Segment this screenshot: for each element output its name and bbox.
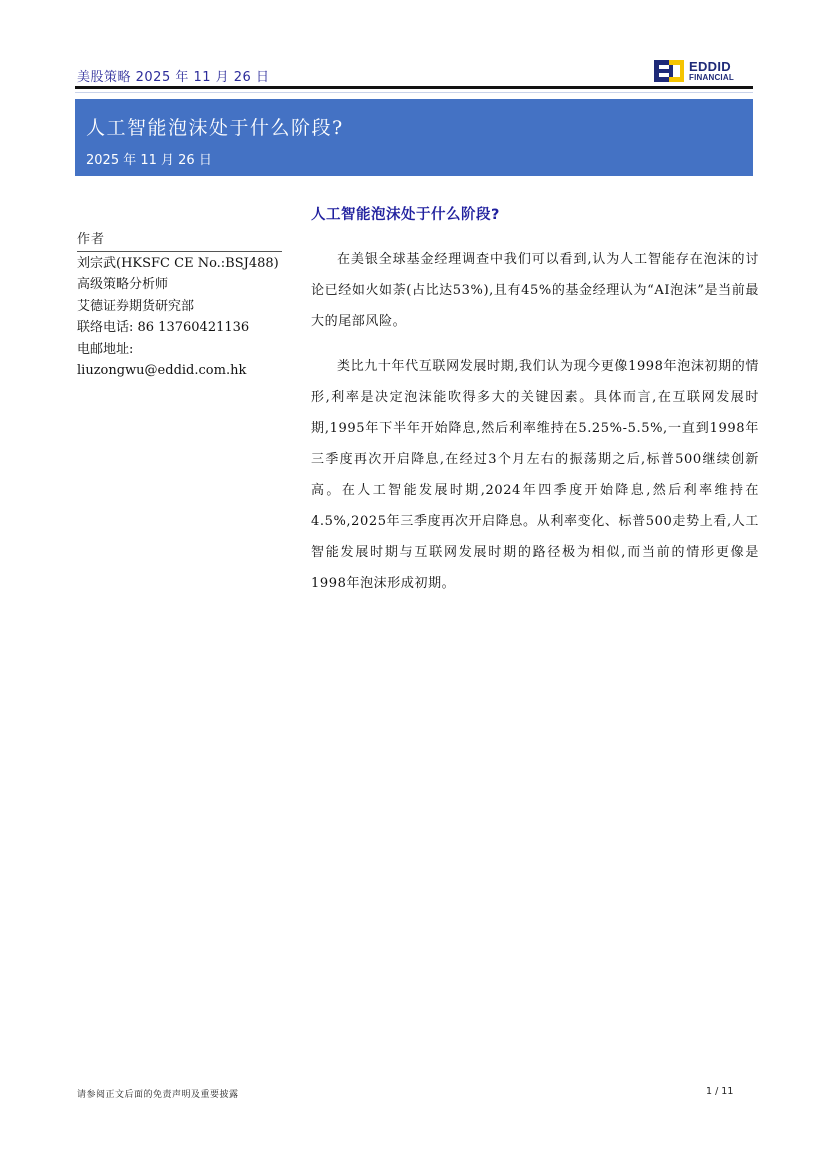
author-panel: 作者 刘宗武(HKSFC CE No.:BSJ488) 高级策略分析师 艾德证券… (77, 229, 282, 382)
title-banner: 人工智能泡沫处于什么阶段? 2025 年 11 月 26 日 (75, 99, 753, 176)
paragraph-2: 类比九十年代互联网发展时期,我们认为现今更像1998年泡沫初期的情形,利率是决定… (311, 351, 759, 599)
author-phone: 联络电话: 86 13760421136 (77, 317, 282, 339)
author-email[interactable]: liuzongwu@eddid.com.hk (77, 360, 282, 382)
running-header-title: 美股策略 2025 年 11 月 26 日 (77, 66, 269, 85)
report-title: 人工智能泡沫处于什么阶段? (86, 113, 344, 140)
article-body: 人工智能泡沫处于什么阶段? 在美银全球基金经理调查中我们可以看到,认为人工智能存… (311, 203, 759, 613)
page-number: 1 / 11 (706, 1086, 733, 1097)
eddid-logo-icon (654, 60, 684, 82)
author-divider (77, 251, 282, 252)
header-divider-thin (75, 92, 753, 93)
author-heading: 作者 (77, 229, 282, 251)
section-title: 人工智能泡沫处于什么阶段? (311, 203, 759, 224)
author-department: 艾德证券期货研究部 (77, 296, 282, 318)
logo-line-1: EDDID (689, 60, 734, 73)
author-name: 刘宗武(HKSFC CE No.:BSJ488) (77, 253, 282, 275)
paragraph-1: 在美银全球基金经理调查中我们可以看到,认为人工智能存在泡沫的讨论已经如火如荼(占… (311, 244, 759, 337)
logo-wordmark: EDDID FINANCIAL (689, 60, 734, 82)
logo-line-2: FINANCIAL (689, 74, 734, 82)
header-divider-thick (75, 86, 753, 89)
eddid-financial-logo: EDDID FINANCIAL (654, 59, 734, 83)
footer-disclaimer: 请参阅正文后面的免责声明及重要披露 (77, 1087, 239, 1100)
author-position: 高级策略分析师 (77, 274, 282, 296)
author-email-label: 电邮地址: (77, 339, 282, 361)
report-date: 2025 年 11 月 26 日 (86, 149, 212, 168)
